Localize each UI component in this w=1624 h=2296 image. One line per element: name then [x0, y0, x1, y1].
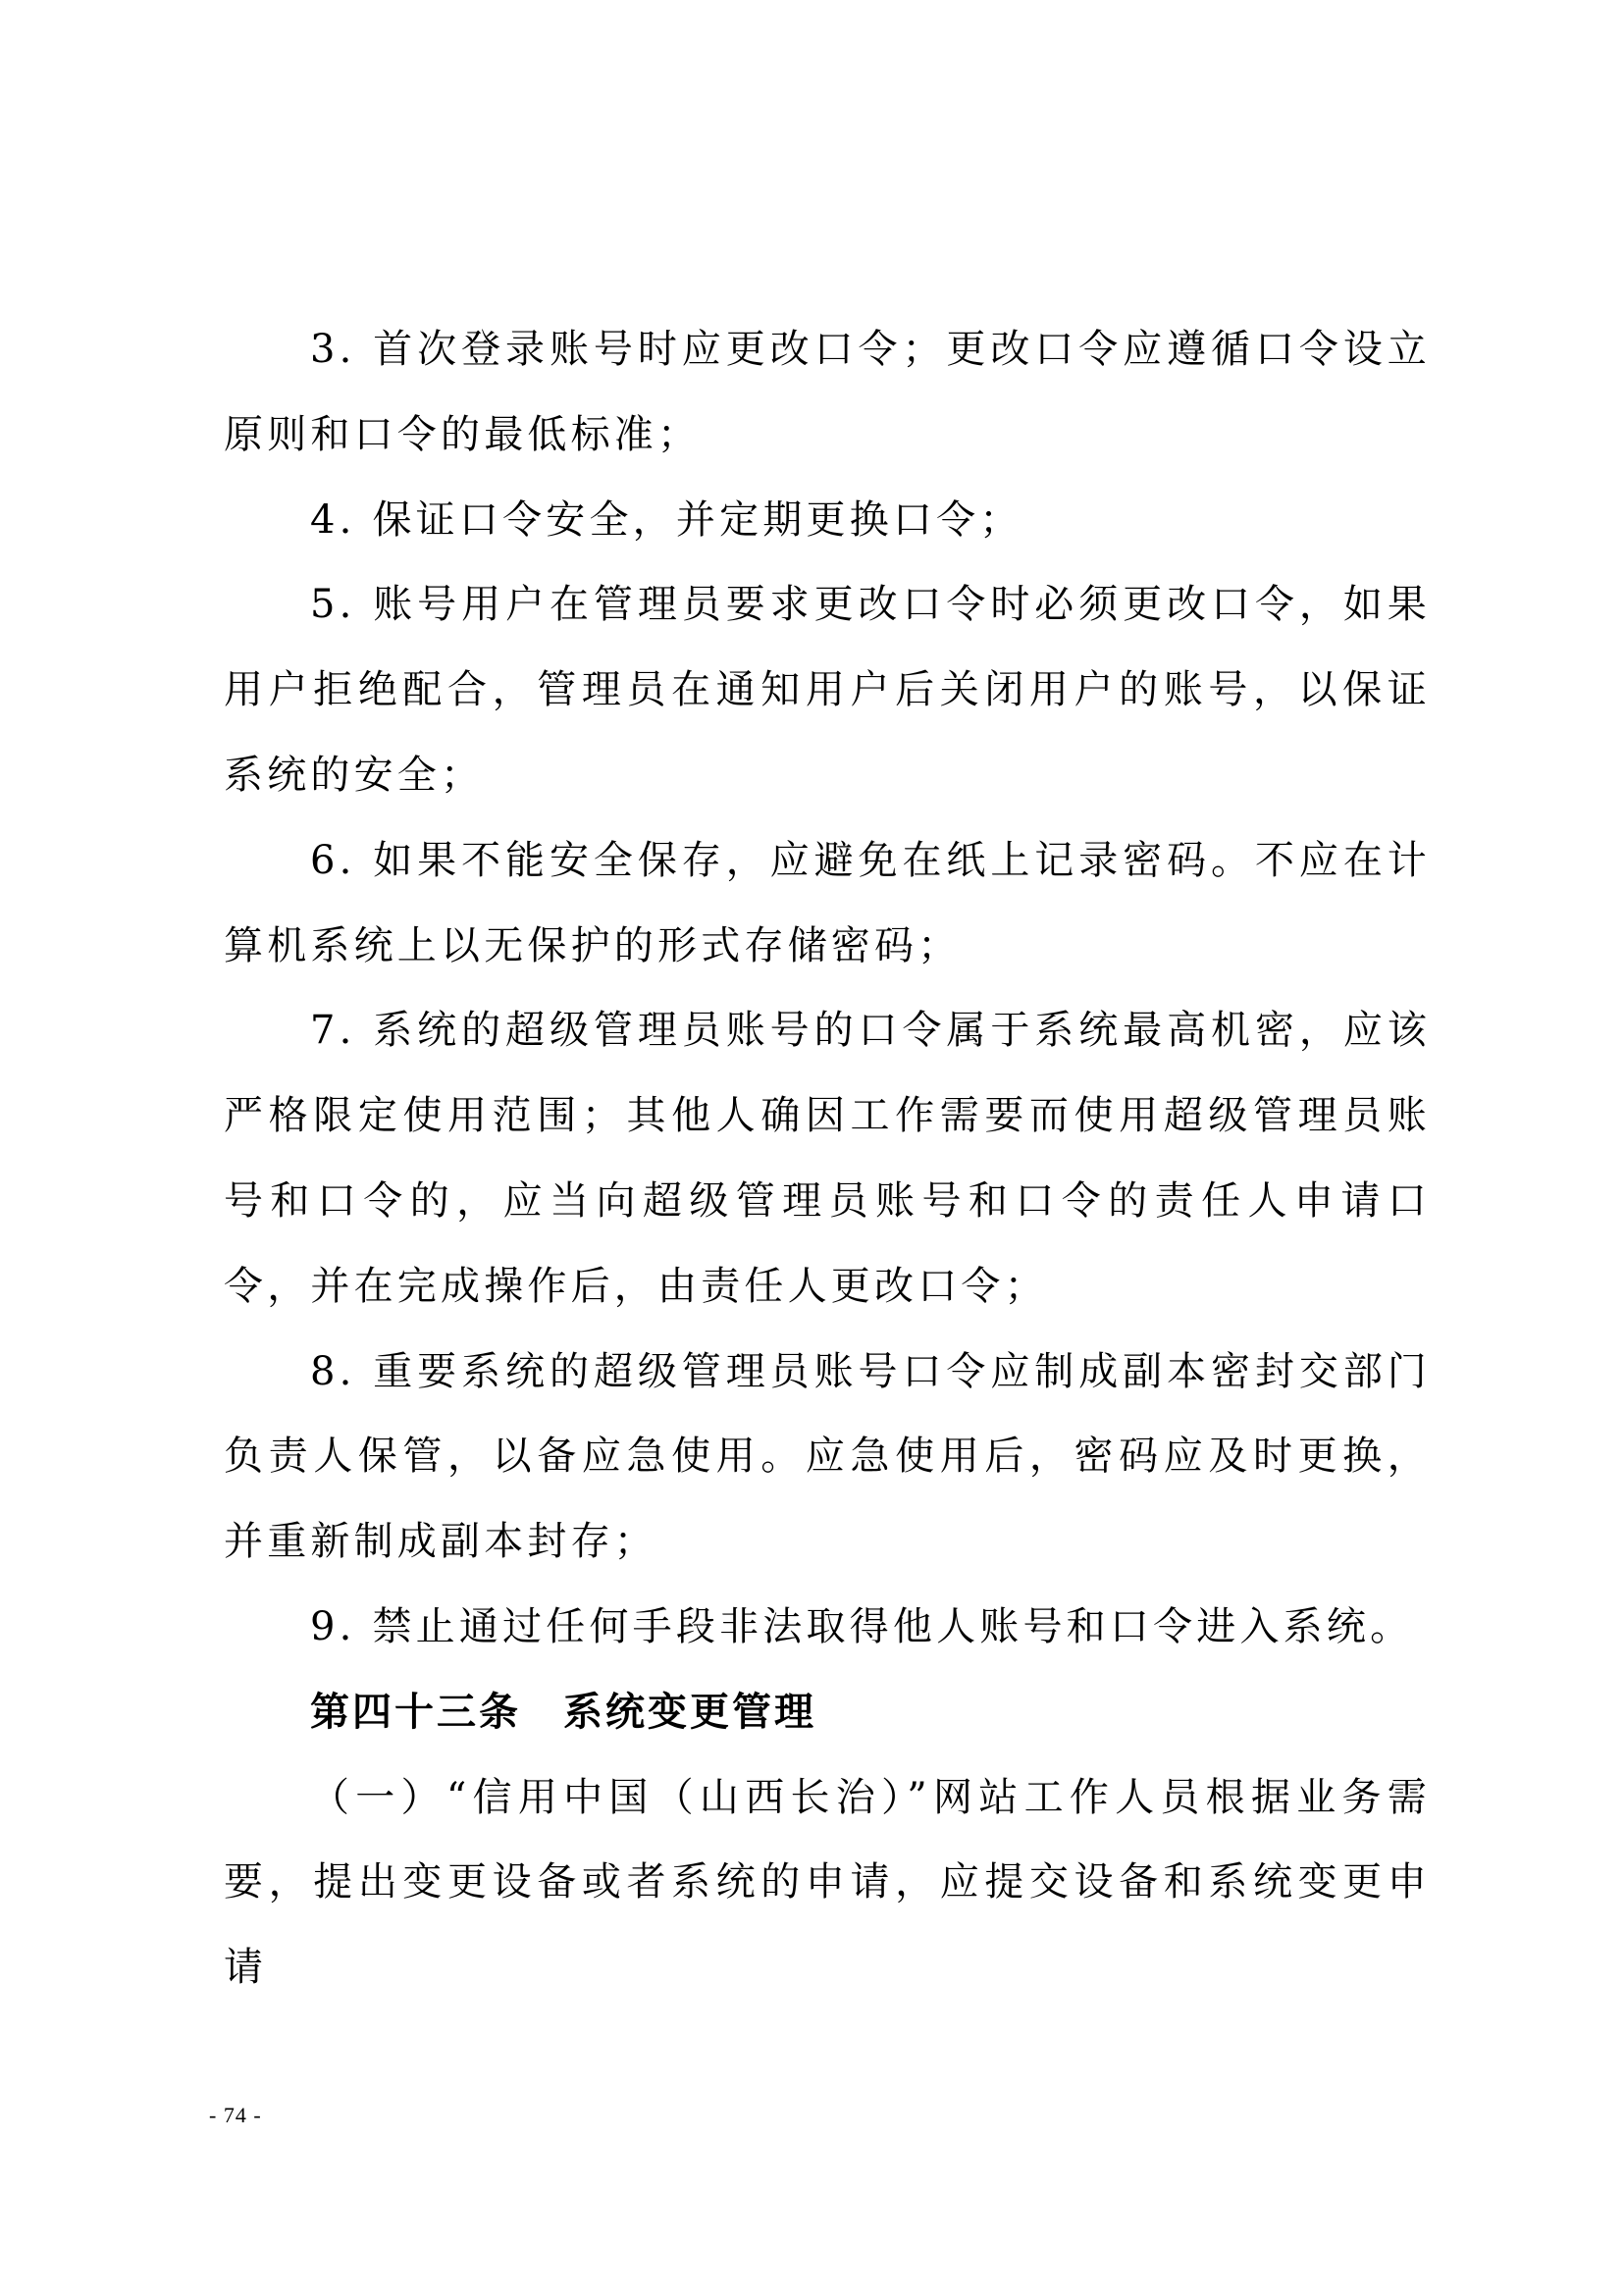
list-item-9: 9. 禁止通过任何手段非法取得他人账号和口令进入系统。	[224, 1585, 1431, 1670]
list-item-5: 5. 账号用户在管理员要求更改口令时必须更改口令，如果用户拒绝配合，管理员在通知…	[224, 562, 1431, 817]
document-body: 3. 首次登录账号时应更改口令；更改口令应遵循口令设立原则和口令的最低标准； 4…	[224, 307, 1431, 2010]
page-number: - 74 -	[209, 2103, 262, 2128]
document-page: 3. 首次登录账号时应更改口令；更改口令应遵循口令设立原则和口令的最低标准； 4…	[0, 0, 1624, 2296]
list-item-4: 4. 保证口令安全，并定期更换口令；	[224, 478, 1431, 563]
list-item-3: 3. 首次登录账号时应更改口令；更改口令应遵循口令设立原则和口令的最低标准；	[224, 307, 1431, 478]
list-item-6: 6. 如果不能安全保存，应避免在纸上记录密码。不应在计算机系统上以无保护的形式存…	[224, 818, 1431, 989]
list-item-8: 8. 重要系统的超级管理员账号口令应制成副本密封交部门负责人保管，以备应急使用。…	[224, 1330, 1431, 1585]
list-item-7: 7. 系统的超级管理员账号的口令属于系统最高机密，应该严格限定使用范围；其他人确…	[224, 988, 1431, 1329]
sub-paragraph-1: （一）“信用中国（山西长治）”网站工作人员根据业务需要，提出变更设备或者系统的申…	[224, 1755, 1431, 2010]
article-heading: 第四十三条 系统变更管理	[224, 1670, 1431, 1755]
